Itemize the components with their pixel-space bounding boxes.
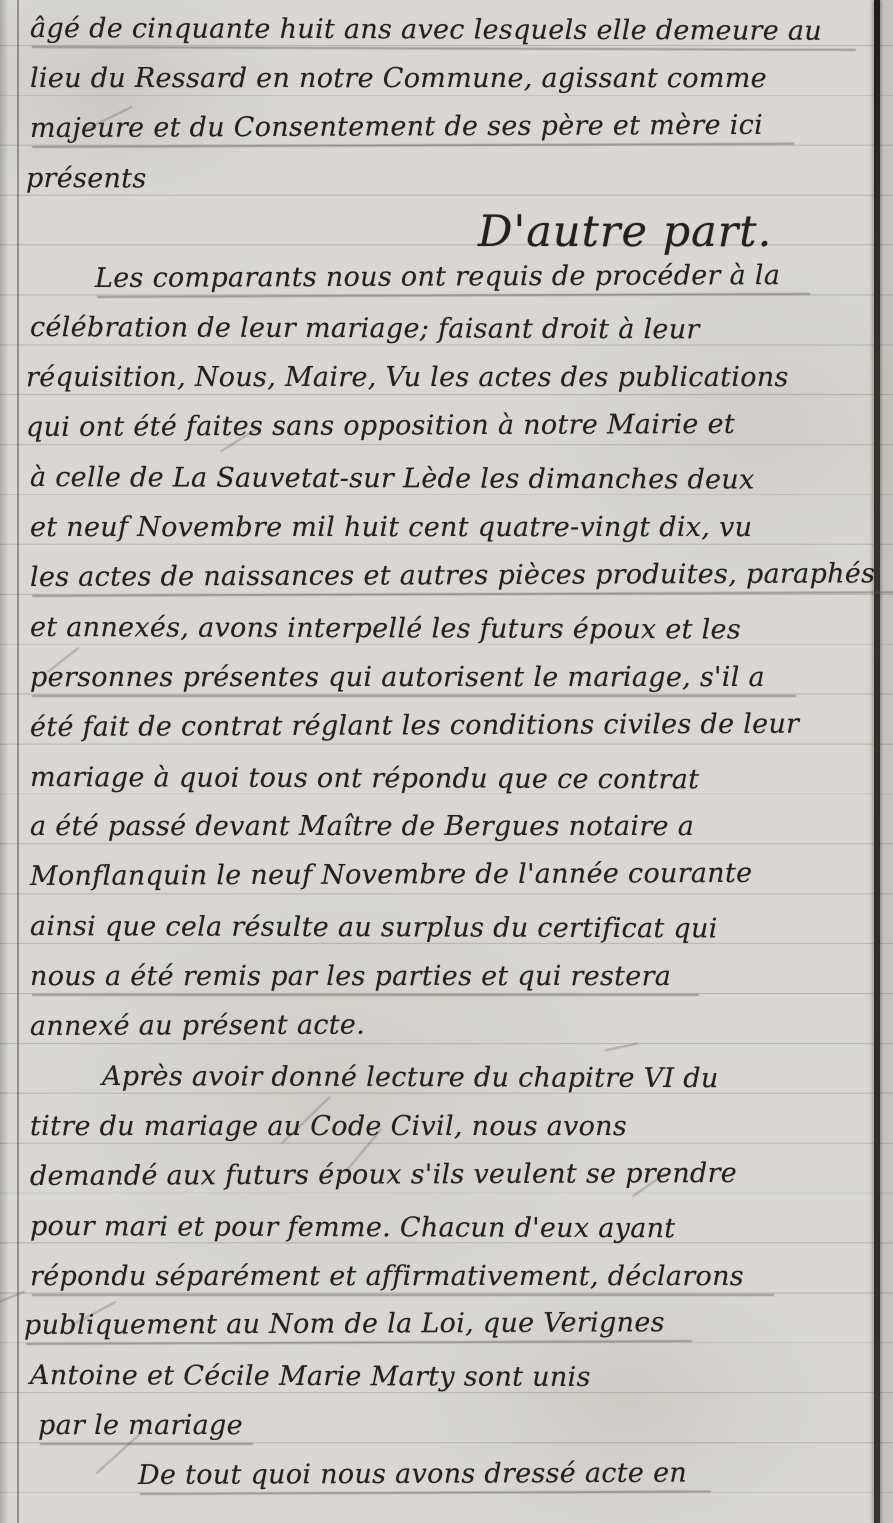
handwritten-line: nous a été remis par les parties et qui … <box>30 952 671 1002</box>
handwritten-line: et annexés, avons interpellé les futurs … <box>30 603 741 655</box>
handwritten-line: demandé aux futurs époux s'ils veulent s… <box>30 1149 737 1202</box>
handwritten-line: célébration de leur mariage; faisant dro… <box>30 303 700 355</box>
handwritten-line: Après avoir donné lecture du chapitre VI… <box>102 1052 719 1104</box>
handwritten-line: qui ont été faites sans opposition à not… <box>26 400 735 453</box>
handwritten-line: les actes de naissances et autres pièces… <box>30 549 875 603</box>
handwritten-line: personnes présentes qui autorisent le ma… <box>30 653 765 703</box>
handwritten-line: lieu du Ressard en notre Commune, agissa… <box>30 54 767 104</box>
handwritten-line: ainsi que cela résulte au surplus du cer… <box>30 902 718 954</box>
handwritten-line: âgé de cinquante huit ans avec lesquels … <box>30 4 822 57</box>
scanned-document-page: âgé de cinquante huit ans avec lesquels … <box>0 0 893 1523</box>
handwritten-line: titre du mariage au Code Civil, nous avo… <box>30 1102 627 1152</box>
handwritten-line: De tout quoi nous avons dressé acte en <box>138 1449 687 1501</box>
handwritten-line: pour mari et pour femme. Chacun d'eux ay… <box>30 1202 676 1254</box>
handwritten-line: répondu séparément et affirmativement, d… <box>30 1252 744 1302</box>
handwritten-line: a été passé devant Maître de Bergues not… <box>30 802 694 852</box>
handwritten-line: annexé au présent acte. <box>30 1001 365 1052</box>
handwritten-line: Monflanquin le neuf Novembre de l'année … <box>30 849 753 902</box>
handwritten-line: mariage à quoi tous ont répondu que ce c… <box>30 753 699 805</box>
handwritten-line: et neuf Novembre mil huit cent quatre-vi… <box>30 503 752 553</box>
handwritten-line: publiquement au Nom de la Loi, que Verig… <box>24 1299 665 1352</box>
handwritten-line: Antoine et Cécile Marie Marty sont unis <box>30 1351 591 1403</box>
handwritten-line: à celle de La Sauvetat-sur Lède les dima… <box>30 453 755 506</box>
handwritten-line: par le mariage <box>38 1401 243 1451</box>
handwritten-line: Les comparants nous ont requis de procéd… <box>95 251 780 304</box>
handwritten-line: majeure et du Consentement de ses père e… <box>30 101 763 154</box>
document-body: âgé de cinquante huit ans avec lesquels … <box>0 0 893 1523</box>
handwritten-line: présents <box>26 154 147 204</box>
handwritten-line: réquisition, Nous, Maire, Vu les actes d… <box>26 353 789 403</box>
handwritten-line: été fait de contrat réglant les conditio… <box>30 699 800 752</box>
